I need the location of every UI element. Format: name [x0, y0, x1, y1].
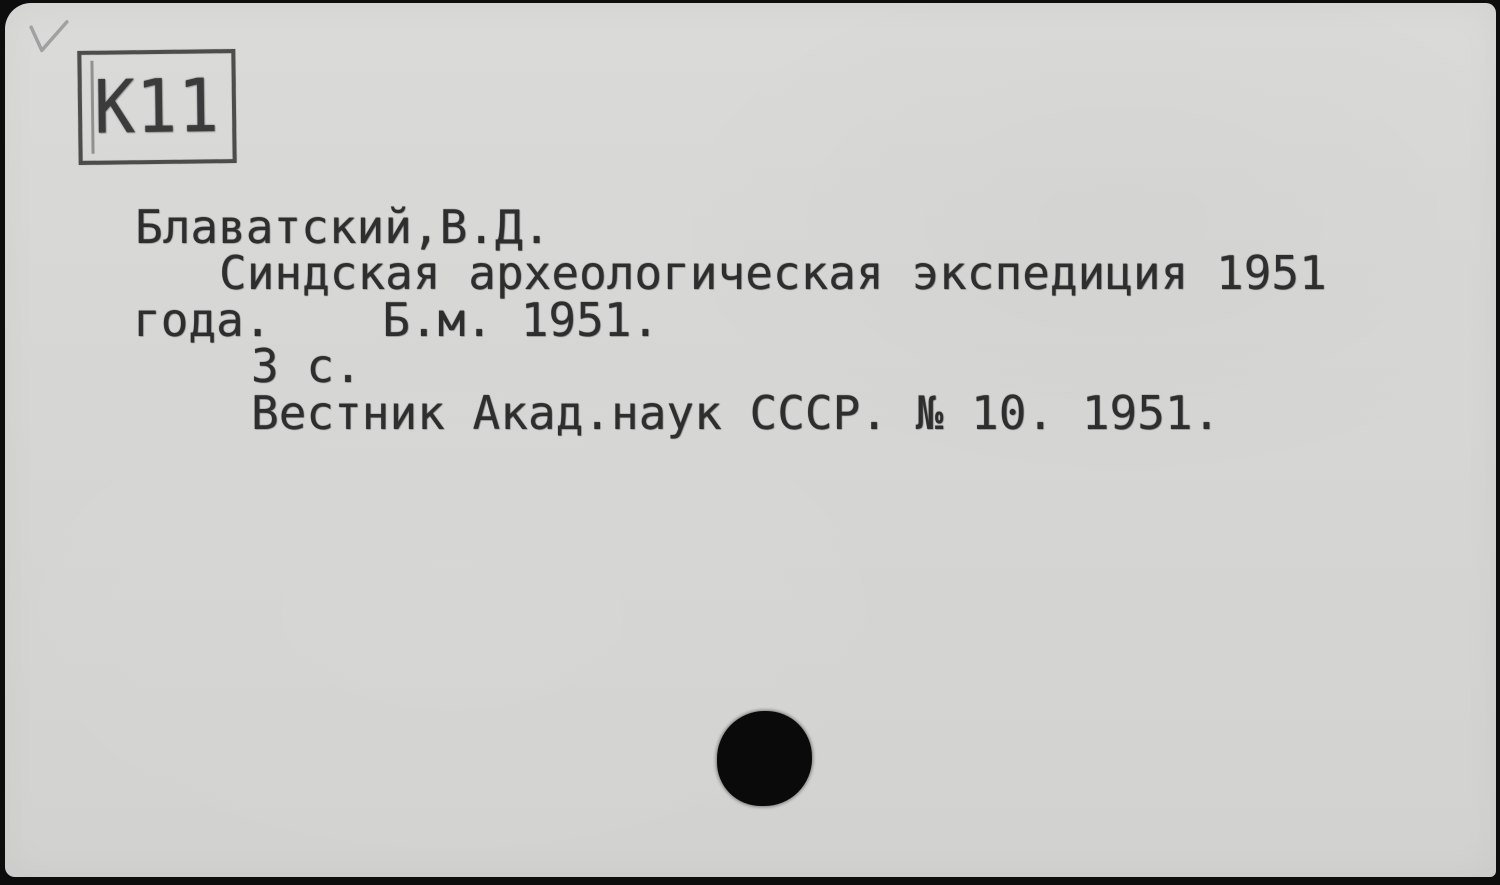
catalog-card: К11 Блаватский,В.Д. Синдская археологиче… [5, 3, 1496, 877]
title-continuation-line: года. Б.м. 1951. [133, 297, 659, 343]
source-line: Вестник Акад.наук СССР. № 10. 1951. [251, 390, 1220, 436]
author-line: Блаватский,В.Д. [135, 204, 550, 250]
scan-background: К11 Блаватский,В.Д. Синдская археологиче… [0, 0, 1500, 885]
classmark-stamp-box: К11 [77, 49, 236, 165]
classmark-text: К11 [94, 64, 221, 151]
pen-check-icon [25, 15, 71, 63]
pagination-line: 3 с. [251, 343, 362, 389]
punch-hole-dot [717, 711, 812, 806]
title-line: Синдская археологическая экспедиция 1951 [219, 250, 1327, 296]
